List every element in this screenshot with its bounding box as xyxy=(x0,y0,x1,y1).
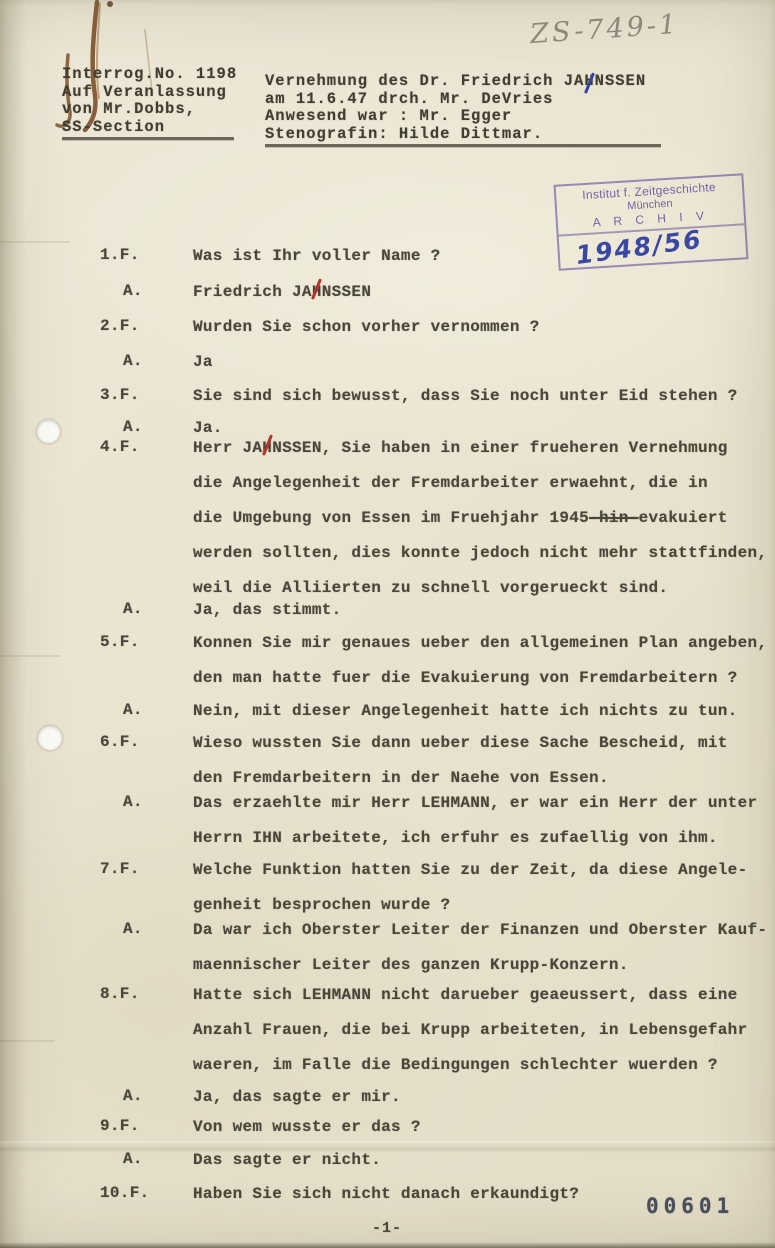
qa-text-line: Friedrich JAHNSSEN xyxy=(193,282,768,317)
qa-text: Da war ich Oberster Leiter der Finanzen … xyxy=(193,920,768,990)
answer-label: A. xyxy=(123,1150,143,1168)
qa-text-line: Da war ich Oberster Leiter der Finanzen … xyxy=(193,920,768,955)
header-right-line: Anwesend war : Mr. Egger xyxy=(265,108,646,126)
qa-text: Von wem wusste er das ? xyxy=(193,1117,768,1152)
struck-word: -hin- xyxy=(589,509,639,527)
scan-streak xyxy=(0,1040,55,1042)
scanned-document-page: ZS-749-1 Interrog.No. 1198 Auf Veranlass… xyxy=(0,0,775,1248)
question-label: 2.F. xyxy=(100,317,140,335)
folio-number-stamp: 00601 xyxy=(646,1194,734,1218)
answer-label: A. xyxy=(123,920,143,938)
qa-text: Nein, mit dieser Angelegenheit hatte ich… xyxy=(193,701,768,736)
qa-text: Konnen Sie mir genaues ueber den allgeme… xyxy=(193,633,768,703)
question-label: 10.F. xyxy=(100,1184,150,1202)
interrogation-number: Interrog.No. 1198 xyxy=(62,66,237,84)
qa-text-line: Herrn IHN arbeitete, ich erfuhr es zufae… xyxy=(193,828,768,863)
qa-text-line: Konnen Sie mir genaues ueber den allgeme… xyxy=(193,633,768,668)
qa-text-line: Ja, das stimmt. xyxy=(193,600,768,635)
punch-hole xyxy=(38,726,62,750)
qa-text: Hatte sich LEHMANN nicht darueber geaeus… xyxy=(193,985,768,1090)
scan-streak xyxy=(0,241,70,243)
qa-text-line: Wurden Sie schon vorher vernommen ? xyxy=(193,317,768,352)
question-label: 7.F. xyxy=(100,860,140,878)
question-label: 9.F. xyxy=(100,1117,140,1135)
answer-label: A. xyxy=(123,793,143,811)
qa-text: Das erzaehlte mir Herr LEHMANN, er war e… xyxy=(193,793,768,863)
qa-text-line: Sie sind sich bewusst, dass Sie noch unt… xyxy=(193,386,768,421)
qa-text-line: Wieso wussten Sie dann ueber diese Sache… xyxy=(193,733,768,768)
answer-label: A. xyxy=(123,600,143,618)
scan-streak xyxy=(0,655,60,657)
qa-text-line: Das erzaehlte mir Herr LEHMANN, er war e… xyxy=(193,793,768,828)
question-label: 1.F. xyxy=(100,246,140,264)
qa-text-line: Von wem wusste er das ? xyxy=(193,1117,768,1152)
header-left-block: Interrog.No. 1198 Auf Veranlassung von M… xyxy=(62,66,237,136)
question-label: 3.F. xyxy=(100,386,140,404)
question-label: 8.F. xyxy=(100,985,140,1003)
qa-text-line: Was ist Ihr voller Name ? xyxy=(193,246,768,281)
scan-edge-shadow xyxy=(0,1242,775,1248)
punch-hole xyxy=(37,420,60,443)
header-left-line: Auf Veranlassung xyxy=(62,84,237,102)
qa-text: Sie sind sich bewusst, dass Sie noch unt… xyxy=(193,386,768,421)
qa-text: Friedrich JAHNSSEN xyxy=(193,282,768,317)
header-left-line: SS-Section xyxy=(62,119,237,137)
scan-edge-shadow xyxy=(0,0,26,1248)
qa-text-line: Nein, mit dieser Angelegenheit hatte ich… xyxy=(193,701,768,736)
qa-text-line: Anzahl Frauen, die bei Krupp arbeiteten,… xyxy=(193,1020,768,1055)
page-number: -1- xyxy=(372,1220,402,1237)
qa-text: Was ist Ihr voller Name ? xyxy=(193,246,768,281)
qa-text-line: waeren, im Falle die Bedingungen schlech… xyxy=(193,1055,768,1090)
qa-text: Herr JAHNSSEN, Sie haben in einer fruehe… xyxy=(193,438,768,613)
qa-text: Wurden Sie schon vorher vernommen ? xyxy=(193,317,768,352)
qa-text-line: Das sagte er nicht. xyxy=(193,1150,768,1185)
answer-label: A. xyxy=(123,282,143,300)
qa-text-line: die Umgebung von Essen im Fruehjahr 1945… xyxy=(193,508,768,543)
answer-label: A. xyxy=(123,418,143,436)
pencil-archive-ref: ZS-749-1 xyxy=(529,9,680,50)
answer-label: A. xyxy=(123,352,143,370)
qa-text: Ja, das stimmt. xyxy=(193,600,768,635)
qa-text: Ja xyxy=(193,352,768,387)
typed-underline xyxy=(62,137,234,140)
question-label: 4.F. xyxy=(100,438,140,456)
qa-text-line: Hatte sich LEHMANN nicht darueber geaeus… xyxy=(193,985,768,1020)
qa-text-line: Herr JAHNSSEN, Sie haben in einer fruehe… xyxy=(193,438,768,473)
qa-text-line: Welche Funktion hatten Sie zu der Zeit, … xyxy=(193,860,768,895)
qa-text: Das sagte er nicht. xyxy=(193,1150,768,1185)
question-label: 5.F. xyxy=(100,633,140,651)
question-label: 6.F. xyxy=(100,733,140,751)
qa-text-line: werden sollten, dies konnte jedoch nicht… xyxy=(193,543,768,578)
qa-text-line: Ja xyxy=(193,352,768,387)
qa-text-line: die Angelegenheit der Fremdarbeiter erwa… xyxy=(193,473,768,508)
qa-text-line: den man hatte fuer die Evakuierung von F… xyxy=(193,668,768,703)
answer-label: A. xyxy=(123,701,143,719)
header-left-line: von Mr.Dobbs, xyxy=(62,101,237,119)
answer-label: A. xyxy=(123,1087,143,1105)
header-right-line: Stenografin: Hilde Dittmar. xyxy=(265,126,646,144)
typed-underline xyxy=(265,144,661,147)
header-right-line: am 11.6.47 drch. Mr. DeVries xyxy=(265,91,646,109)
